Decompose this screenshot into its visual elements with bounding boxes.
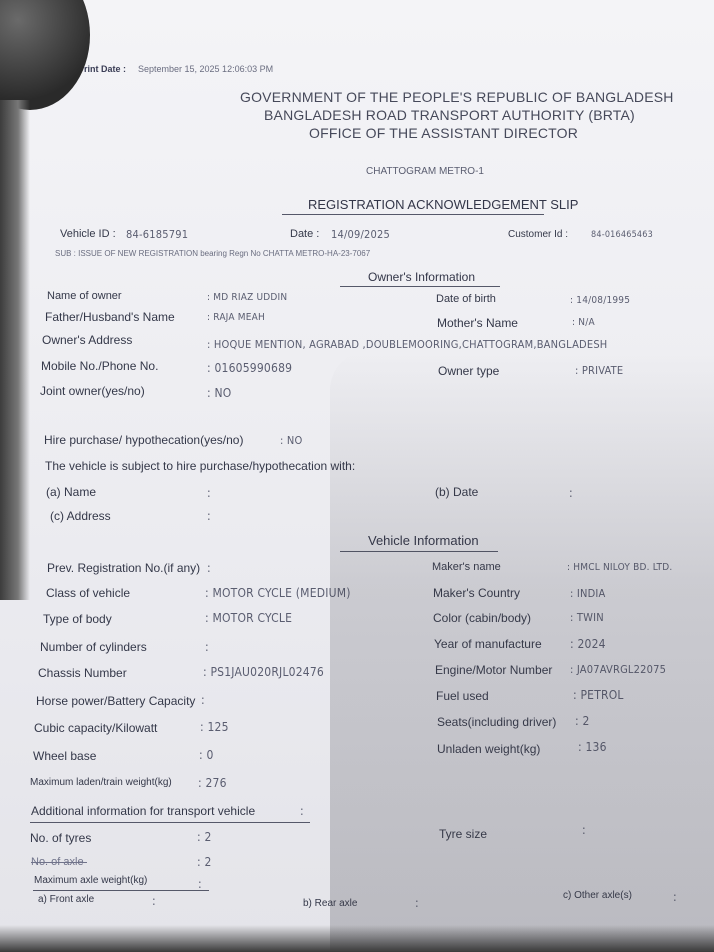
hire-address-label: (c) Address [50, 509, 111, 523]
axle-strike [31, 862, 87, 863]
chassis-value: : PS1JAU020RJL02476 [203, 665, 324, 679]
left-edge-shadow [0, 100, 30, 600]
cubic-capacity-value: : 125 [200, 720, 229, 734]
tyres-label: No. of tyres [30, 831, 91, 845]
transport-underline [30, 822, 310, 823]
cylinders-label: Number of cylinders [40, 640, 147, 654]
axle-value: : 2 [197, 855, 212, 869]
date-label: Date : [290, 228, 319, 240]
header-office: OFFICE OF THE ASSISTANT DIRECTOR [309, 125, 578, 141]
owner-name-value: : MD RIAZ UDDIN [207, 292, 287, 303]
front-axle-value: : [152, 894, 156, 908]
print-date-label: Print Date : [78, 64, 126, 74]
header-government: GOVERNMENT OF THE PEOPLE'S REPUBLIC OF B… [240, 89, 674, 105]
photo-shadow [330, 350, 714, 950]
header-brta: BANGLADESH ROAD TRANSPORT AUTHORITY (BRT… [264, 107, 635, 123]
father-label: Father/Husband's Name [45, 310, 175, 324]
date-value: 14/09/2025 [331, 228, 390, 241]
customer-id-value: 84-016465463 [591, 230, 653, 240]
hire-subject-line: The vehicle is subject to hire purchase/… [45, 459, 355, 473]
cubic-capacity-label: Cubic capacity/Kilowatt [34, 721, 157, 735]
mobile-value: : 01605990689 [207, 361, 292, 375]
max-laden-label: Maximum laden/train weight(kg) [30, 777, 172, 788]
subject-line: SUB : ISSUE OF NEW REGISTRATION bearing … [55, 249, 370, 258]
body-value: : MOTOR CYCLE [205, 611, 292, 625]
class-value: : MOTOR CYCLE (MEDIUM) [205, 586, 351, 600]
vehicle-id-label: Vehicle ID : [60, 228, 116, 240]
father-value: : RAJA MEAH [207, 312, 265, 323]
cylinders-value: : [205, 640, 209, 654]
class-label: Class of vehicle [46, 586, 130, 600]
hire-name-label: (a) Name [46, 485, 96, 499]
front-axle-label: a) Front axle [38, 894, 94, 905]
max-axle-value: : [198, 877, 202, 891]
hire-purchase-value: : NO [280, 434, 302, 447]
tyres-value: : 2 [197, 830, 212, 844]
prev-reg-label: Prev. Registration No.(if any) [47, 561, 200, 575]
max-axle-underline [33, 890, 209, 891]
joint-owner-label: Joint owner(yes/no) [40, 384, 145, 398]
chassis-label: Chassis Number [38, 666, 127, 680]
vehicle-id-value: 84-6185791 [126, 228, 188, 241]
title-underline [282, 214, 544, 215]
prev-reg-value: : [207, 561, 211, 575]
transport-title-colon: : [300, 804, 304, 818]
mother-value: : N/A [572, 317, 595, 328]
address-label: Owner's Address [42, 333, 132, 347]
mother-label: Mother's Name [437, 316, 518, 330]
hire-address-value: : [207, 509, 211, 523]
wheel-base-value: : 0 [199, 748, 214, 762]
hire-purchase-label: Hire purchase/ hypothecation(yes/no) [44, 433, 243, 447]
hire-name-value: : [207, 486, 211, 500]
max-laden-value: : 276 [198, 776, 227, 790]
owner-section-underline [340, 286, 500, 287]
slip-title: REGISTRATION ACKNOWLEDGEMENT SLIP [308, 197, 578, 212]
horse-power-value: : [201, 693, 205, 707]
body-label: Type of body [43, 612, 112, 626]
horse-power-label: Horse power/Battery Capacity [36, 694, 195, 708]
customer-id-label: Customer Id : [508, 229, 568, 240]
max-axle-label: Maximum axle weight(kg) [34, 875, 147, 886]
print-date-value: September 15, 2025 12:06:03 PM [138, 64, 273, 74]
mobile-label: Mobile No./Phone No. [41, 359, 158, 373]
dob-value: : 14/08/1995 [570, 295, 630, 306]
owner-section-title: Owner's Information [368, 270, 475, 284]
bottom-edge-shadow [0, 925, 714, 952]
transport-title: Additional information for transport veh… [31, 804, 255, 818]
office-name: CHATTOGRAM METRO-1 [366, 166, 484, 177]
owner-name-label: Name of owner [47, 290, 122, 302]
joint-owner-value: : NO [207, 386, 231, 400]
wheel-base-label: Wheel base [33, 749, 96, 763]
document-paper: Print Date : September 15, 2025 12:06:03… [0, 0, 714, 952]
dob-label: Date of birth [436, 293, 496, 305]
